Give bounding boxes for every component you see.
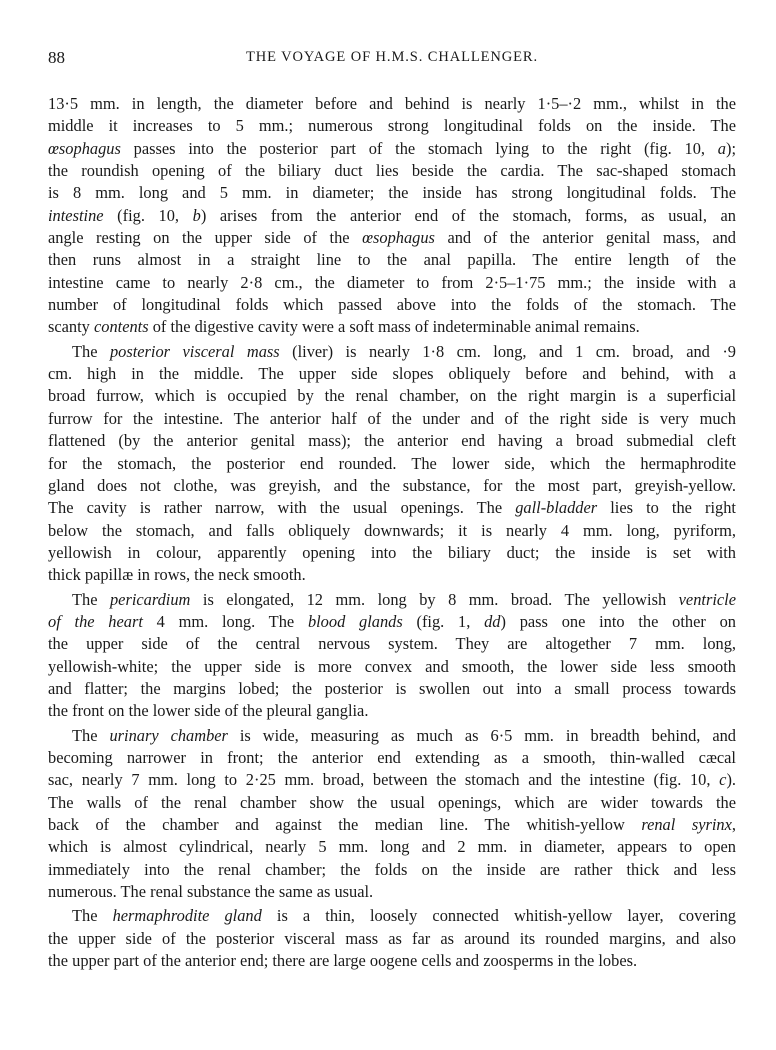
running-head: 88 THE VOYAGE OF H.M.S. CHALLENGER. [48, 44, 736, 72]
text-line: below the stomach, and falls obliquely d… [48, 520, 736, 542]
text-run: number of longitudinal folds which passe… [48, 295, 736, 314]
text-line: back of the chamber and against the medi… [48, 814, 736, 836]
text-line: The urinary chamber is wide, measuring a… [48, 725, 736, 747]
book-page: 88 THE VOYAGE OF H.M.S. CHALLENGER. 13·5… [48, 44, 736, 972]
text-run: the roundish opening of the biliary duct… [48, 161, 736, 180]
text-line: The posterior visceral mass (liver) is n… [48, 341, 736, 363]
text-line: of the heart 4 mm. long. The blood gland… [48, 611, 736, 633]
text-line: flattened (by the anterior genital mass)… [48, 430, 736, 452]
text-line: intestine (fig. 10, b) arises from the a… [48, 205, 736, 227]
text-run: is a thin, loosely connected whitish-yel… [262, 906, 736, 925]
paragraph: The hermaphrodite gland is a thin, loose… [48, 905, 736, 972]
text-run: is 8 mm. long and 5 mm. in diameter; the… [48, 183, 736, 202]
text-line: which is almost cylindrical, nearly 5 mm… [48, 836, 736, 858]
text-run: flattened (by the anterior genital mass)… [48, 431, 736, 450]
text-run: The [72, 726, 109, 745]
text-run: then runs almost in a straight line to t… [48, 250, 736, 269]
paragraph: 13·5 mm. in length, the diameter before … [48, 93, 736, 339]
italic-term: gall-bladder [515, 498, 597, 517]
text-line: broad furrow, which is occupied by the r… [48, 385, 736, 407]
paragraph: The posterior visceral mass (liver) is n… [48, 341, 736, 587]
text-line: furrow for the intestine. The anterior h… [48, 408, 736, 430]
text-line: sac, nearly 7 mm. long to 2·25 mm. broad… [48, 769, 736, 791]
text-run: back of the chamber and against the medi… [48, 815, 641, 834]
text-run: which is almost cylindrical, nearly 5 mm… [48, 837, 736, 856]
text-line: numerous. The renal substance the same a… [48, 881, 736, 903]
text-line: The cavity is rather narrow, with the us… [48, 497, 736, 519]
text-line: the upper side of the central nervous sy… [48, 633, 736, 655]
text-line: cm. high in the middle. The upper side s… [48, 363, 736, 385]
text-run: broad furrow, which is occupied by the r… [48, 386, 736, 405]
text-run: The [72, 342, 110, 361]
text-line: The hermaphrodite gland is a thin, loose… [48, 905, 736, 927]
text-run: lies to the right [597, 498, 736, 517]
text-run: ) arises from the anterior end of the st… [201, 206, 736, 225]
text-run: cm. high in the middle. The upper side s… [48, 364, 736, 383]
text-line: immediately into the renal chamber; the … [48, 859, 736, 881]
text-run: of the digestive cavity were a soft mass… [149, 317, 640, 336]
text-run: 4 mm. long. The [143, 612, 308, 631]
text-line: the front on the lower side of the pleur… [48, 700, 736, 722]
text-run: below the stomach, and falls obliquely d… [48, 521, 736, 540]
text-line: becoming narrower in front; the anterior… [48, 747, 736, 769]
text-run: immediately into the renal chamber; the … [48, 860, 736, 879]
text-line: The walls of the renal chamber show the … [48, 792, 736, 814]
text-line: 13·5 mm. in length, the diameter before … [48, 93, 736, 115]
text-run: The walls of the renal chamber show the … [48, 793, 736, 812]
italic-term: posterior visceral mass [110, 342, 280, 361]
text-line: and flatter; the margins lobed; the post… [48, 678, 736, 700]
text-run: ) pass one into the other on [500, 612, 736, 631]
text-run: (fig. 1, [403, 612, 484, 631]
text-run: and flatter; the margins lobed; the post… [48, 679, 736, 698]
text-run: yellowish-white; the upper side is more … [48, 657, 736, 676]
text-run: thick papillæ in rows, the neck smooth. [48, 565, 306, 584]
text-run: gland does not clothe, was greyish, and … [48, 476, 736, 495]
text-line: yellowish-white; the upper side is more … [48, 656, 736, 678]
text-line: yellowish in colour, apparently opening … [48, 542, 736, 564]
text-line: the upper part of the anterior end; ther… [48, 950, 736, 972]
text-run: yellowish in colour, apparently opening … [48, 543, 736, 562]
text-run: , [732, 815, 736, 834]
running-title: THE VOYAGE OF H.M.S. CHALLENGER. [48, 49, 736, 66]
text-line: number of longitudinal folds which passe… [48, 294, 736, 316]
text-run: (liver) is nearly 1·8 cm. long, and 1 cm… [280, 342, 736, 361]
text-line: intestine came to nearly 2·8 cm., the di… [48, 272, 736, 294]
italic-term: dd [484, 612, 500, 631]
text-line: thick papillæ in rows, the neck smooth. [48, 564, 736, 586]
body-text: 13·5 mm. in length, the diameter before … [48, 93, 736, 972]
text-run: ); [726, 139, 736, 158]
italic-term: contents [94, 317, 149, 336]
text-run: numerous. The renal substance the same a… [48, 882, 373, 901]
text-line: œsophagus passes into the posterior part… [48, 138, 736, 160]
text-run: angle resting on the upper side of the [48, 228, 362, 247]
text-line: for the stomach, the posterior end round… [48, 453, 736, 475]
text-run: ). [726, 770, 736, 789]
text-run: The cavity is rather narrow, with the us… [48, 498, 515, 517]
text-line: scanty contents of the digestive cavity … [48, 316, 736, 338]
text-run: sac, nearly 7 mm. long to 2·25 mm. broad… [48, 770, 719, 789]
paragraph: The urinary chamber is wide, measuring a… [48, 725, 736, 904]
text-run: the front on the lower side of the pleur… [48, 701, 368, 720]
text-line: angle resting on the upper side of the œ… [48, 227, 736, 249]
italic-term: urinary chamber [109, 726, 227, 745]
italic-term: blood glands [308, 612, 403, 631]
italic-term: hermaphrodite gland [113, 906, 262, 925]
text-run: the upper side of the central nervous sy… [48, 634, 736, 653]
text-run: furrow for the intestine. The anterior h… [48, 409, 736, 428]
text-run: The [72, 590, 110, 609]
text-run: passes into the posterior part of the st… [121, 139, 718, 158]
text-line: is 8 mm. long and 5 mm. in diameter; the… [48, 182, 736, 204]
text-run: is wide, measuring as much as 6·5 mm. in… [228, 726, 736, 745]
text-line: the upper side of the posterior visceral… [48, 928, 736, 950]
italic-term: renal syrinx [641, 815, 732, 834]
text-run: for the stomach, the posterior end round… [48, 454, 736, 473]
text-run: middle it increases to 5 mm.; numerous s… [48, 116, 736, 135]
text-run: is elongated, 12 mm. long by 8 mm. broad… [190, 590, 678, 609]
italic-term: œsophagus [48, 139, 121, 158]
italic-term: œsophagus [362, 228, 435, 247]
text-run: scanty [48, 317, 94, 336]
italic-term: intestine [48, 206, 104, 225]
text-run: and of the anterior genital mass, and [435, 228, 736, 247]
text-line: The pericardium is elongated, 12 mm. lon… [48, 589, 736, 611]
italic-term: of the heart [48, 612, 143, 631]
text-run: the upper side of the posterior visceral… [48, 929, 736, 948]
italic-term: pericardium [110, 590, 190, 609]
text-line: then runs almost in a straight line to t… [48, 249, 736, 271]
italic-term: a [718, 139, 726, 158]
text-run: becoming narrower in front; the anterior… [48, 748, 736, 767]
paragraph: The pericardium is elongated, 12 mm. lon… [48, 589, 736, 723]
text-line: gland does not clothe, was greyish, and … [48, 475, 736, 497]
text-line: the roundish opening of the biliary duct… [48, 160, 736, 182]
text-run: The [72, 906, 113, 925]
text-run: the upper part of the anterior end; ther… [48, 951, 637, 970]
text-run: 13·5 mm. in length, the diameter before … [48, 94, 736, 113]
italic-term: ventricle [679, 590, 736, 609]
text-run: (fig. 10, [104, 206, 193, 225]
text-run: intestine came to nearly 2·8 cm., the di… [48, 273, 736, 292]
italic-term: b [193, 206, 201, 225]
text-line: middle it increases to 5 mm.; numerous s… [48, 115, 736, 137]
